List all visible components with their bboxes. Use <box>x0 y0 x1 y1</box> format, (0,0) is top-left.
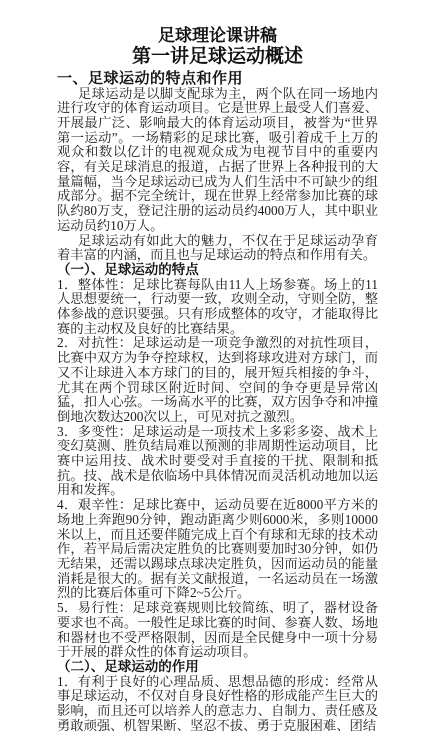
subsection-heading: （一）、足球运动的特点 <box>57 263 378 278</box>
list-item: 2．对抗性：足球运动是一项竞争激烈的对抗性项目，比赛中双方为争夺控球权，达到将球… <box>57 336 378 424</box>
section-heading: 一、足球运动的特点和作用 <box>57 71 378 87</box>
subsection-heading: （二）、足球运动的作用 <box>57 660 378 675</box>
list-item: 1．整体性：足球比赛每队由11人上场参赛。场上的11人思想要统一，行动要一致，攻… <box>57 278 378 337</box>
document-content: 足球理论课讲稿 第一讲足球运动概述 一、足球运动的特点和作用足球运动是以脚支配球… <box>0 0 442 733</box>
paragraph: 足球运动有如此大的魅力，不仅在于足球运动孕育着丰富的内涵，而且也与足球运动的特点… <box>57 234 378 263</box>
document-page: 足球理论课讲稿 第一讲足球运动概述 一、足球运动的特点和作用足球运动是以脚支配球… <box>0 0 442 740</box>
list-item: 1．有利于良好的心理品质、思想品德的形成：经常从事足球运动，不仅对自身良好性格的… <box>57 675 378 734</box>
document-body: 一、足球运动的特点和作用足球运动是以脚支配球为主，两个队在同一场地内进行攻守的体… <box>57 71 378 733</box>
list-item: 5．易行性：足球竞赛规则比较简练、明了，器材设备要求也不高。一般性足球比赛的时间… <box>57 601 378 660</box>
document-subtitle: 第一讲足球运动概述 <box>57 46 378 68</box>
list-item: 4．艰辛性：足球比赛中，运动员要在近8000平方米的场地上奔跑90分钟，跑动距离… <box>57 498 378 601</box>
paragraph: 足球运动是以脚支配球为主，两个队在同一场地内进行攻守的体育运动项目。它是世界上最… <box>57 87 378 234</box>
list-item: 3．多变性：足球运动是一项技术上多彩多姿、战术上变幻莫测、胜负结局难以预测的非周… <box>57 425 378 499</box>
document-title: 足球理论课讲稿 <box>57 26 378 46</box>
